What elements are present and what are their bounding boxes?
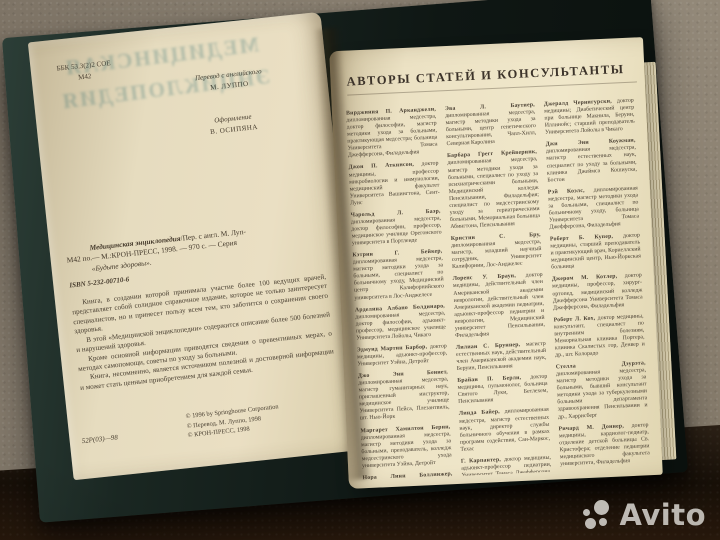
- author-entry: Г. Карпантер, доктор медицины, адъюнкт-п…: [461, 455, 552, 481]
- author-entry: Арделина Албано Болдинаро, дипломированн…: [355, 303, 447, 342]
- author-entry: Стелла Дэурэта, дипломированная медсестр…: [556, 360, 648, 421]
- author-entry: Брайан П. Берли, доктор медицины, пульмо…: [457, 374, 548, 406]
- author-entry: Кэтрин Г. Бейкер, дипломированная медсес…: [352, 249, 444, 302]
- annotation-paragraphs: Книга, в создании которой принимала учас…: [71, 273, 335, 393]
- author-entry: Чарольд Л. Баэр, дипломированная медсест…: [351, 208, 443, 247]
- author-entry: Линда Байер, дипломированная медсестра, …: [459, 407, 551, 453]
- avito-watermark: Avito: [583, 498, 706, 532]
- designer-credit: Оформление В. ОСИПЯНА: [153, 105, 314, 144]
- author-entry: Джералд Чернигурски, доктор медицины; Ди…: [544, 98, 636, 137]
- author-entry: Роберт Л. Кох, доктор медицины, консульт…: [554, 313, 646, 359]
- author-entry: Вирджиния П. Арканджели, дипломированная…: [346, 107, 438, 160]
- author-entry: Эва Л. Баутиер, дипломированная медсестр…: [445, 102, 537, 148]
- right-authors-page: АВТОРЫ СТАТЕЙ И КОНСУЛЬТАНТЫ Вирджиния П…: [329, 37, 663, 489]
- author-entry: Нора Линн Боллинжер, дипломированная мед…: [362, 471, 454, 480]
- author-entry: Роберт Б. Купер, доктор медицины, старши…: [550, 233, 642, 272]
- avito-logo-icon: [583, 500, 611, 530]
- authors-page-title: АВТОРЫ СТАТЕЙ И КОНСУЛЬТАНТЫ: [346, 61, 637, 95]
- author-entry: Лоренс У. Браун, доктор медицины, действ…: [453, 272, 546, 340]
- authors-columns: Вирджиния П. Арканджели, дипломированная…: [346, 98, 650, 481]
- author-entry: Джон П. Аткинсон, доктор медицины, профе…: [348, 161, 440, 207]
- copyright-block: © 1996 by Springhouse Corporation© Перев…: [185, 396, 345, 441]
- author-entry: Барбара Грегг Крейверинк, дипломированна…: [447, 149, 540, 231]
- avito-wordmark: Avito: [619, 498, 706, 532]
- authors-column-2: Эва Л. Баутиер, дипломированная медсестр…: [445, 102, 552, 476]
- author-entry: Джо Энн Беннет, дипломированная медсестр…: [358, 369, 450, 422]
- print-code: 52Р(03)—98: [81, 433, 118, 445]
- author-entry: Джером М. Котлер, доктор медицины, профе…: [552, 273, 644, 312]
- authors-column-3: Джералд Чернигурски, доктор медицины; Ди…: [544, 98, 651, 472]
- author-entry: Эдмунд Мартин Барбор, доктор медицины, а…: [357, 343, 448, 368]
- author-entry: Маргарет Хамилтон Берин, дипломированная…: [360, 424, 452, 470]
- author-entry: Кристин С. Бру, дипломированная медсестр…: [451, 232, 543, 271]
- book-photo: ББК 53.3(2)2 СОЕ М42 Перевод с английско…: [0, 0, 720, 540]
- author-entry: Лилиан С. Бруннер, магистр естественных …: [456, 341, 547, 373]
- author-entry: Рэй Коэлс, дипломированная медсестра, ма…: [548, 185, 640, 231]
- author-entry: Джи Энн Коужман, дипломированная медсест…: [546, 138, 638, 184]
- author-entry: Ричард М. Доннер, доктор медицины, карди…: [558, 422, 650, 468]
